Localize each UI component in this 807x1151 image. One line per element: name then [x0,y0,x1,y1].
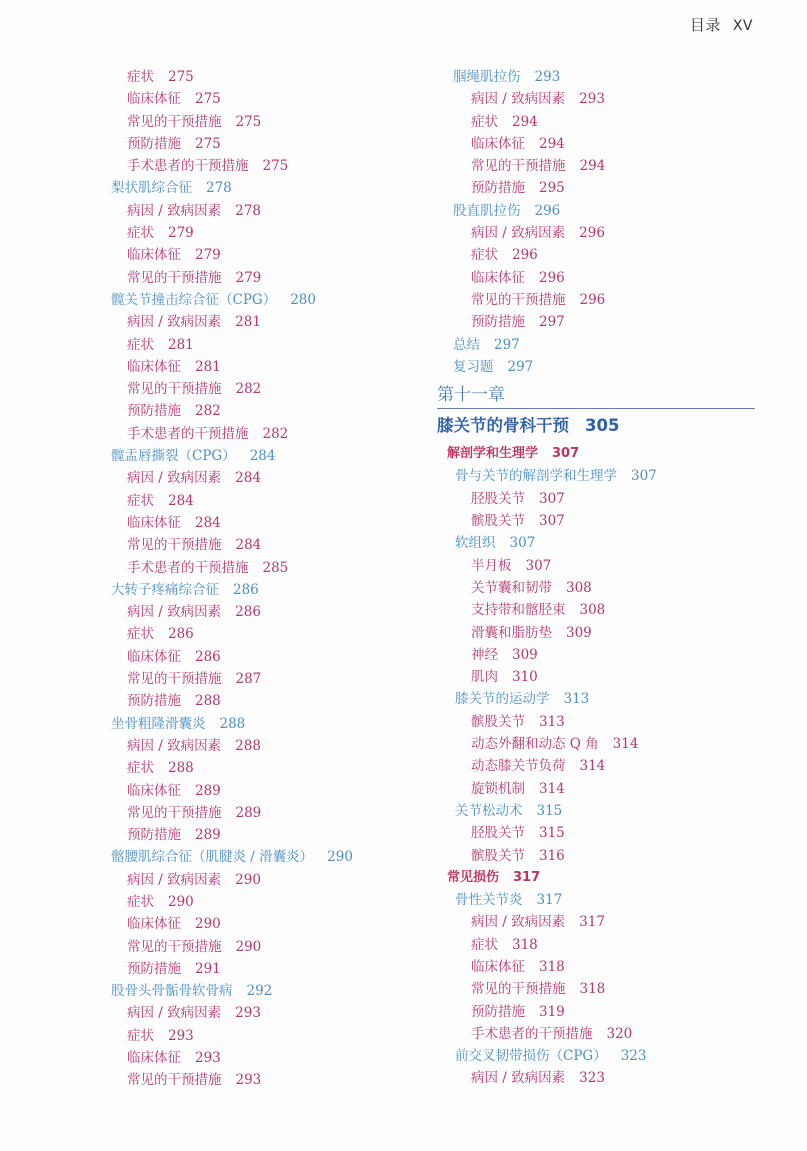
toc-subtopic[interactable]: 病因 / 致病因素323 [437,1067,755,1089]
toc-entry-page: 293 [168,1028,194,1044]
toc-entry-text: 髋盂唇撕裂（CPG） [111,448,236,464]
toc-subtopic[interactable]: 临床体征294 [437,133,755,155]
toc-left-column: 症状275临床体征275常见的干预措施275预防措施275手术患者的干预措施27… [111,66,431,1092]
toc-entry-text: 临床体征 [127,1050,181,1066]
toc-entry-page: 288 [195,693,221,709]
toc-subtopic[interactable]: 常见的干预措施289 [111,802,431,824]
toc-entry-page: 281 [168,337,194,353]
toc-subtopic[interactable]: 髌股关节316 [437,845,755,867]
toc-subtopic[interactable]: 临床体征290 [111,913,431,935]
toc-subtopic[interactable]: 预防措施289 [111,824,431,846]
toc-entry-text: 临床体征 [127,916,181,932]
toc-entry-page: 284 [236,537,262,553]
toc-entry-page: 317 [579,914,605,930]
toc-subtopic[interactable]: 症状275 [111,66,431,88]
toc-entry-page: 291 [195,961,221,977]
toc-entry-page: 314 [580,758,606,774]
toc-entry-text: 股骨头骨骺骨软骨病 [111,983,233,999]
toc-entry-text: 病因 / 致病因素 [127,314,221,330]
toc-entry-page: 290 [327,849,353,865]
toc-entry-text: 症状 [127,1028,154,1044]
toc-entry-page: 275 [236,114,262,130]
toc-subtopic[interactable]: 症状318 [437,934,755,956]
toc-entry-text: 病因 / 致病因素 [471,914,565,930]
toc-subtopic[interactable]: 症状294 [437,111,755,133]
toc-entry-text: 关节松动术 [455,803,523,819]
toc-entry-page: 296 [579,225,605,241]
chapter-title-text: 膝关节的骨科干预 [437,416,569,435]
toc-entry-text: 预防措施 [127,961,181,977]
toc-entry-page: 284 [235,470,261,486]
toc-subtopic[interactable]: 手术患者的干预措施320 [437,1023,755,1045]
toc-subtopic[interactable]: 预防措施291 [111,958,431,980]
toc-entry-text: 髌股关节 [471,513,525,529]
toc-entry-page: 290 [195,916,221,932]
toc-entry-page: 318 [580,981,606,997]
toc-entry-page: 319 [539,1004,565,1020]
toc-entry-page: 286 [195,649,221,665]
toc-subtopic[interactable]: 病因 / 致病因素278 [111,200,431,222]
toc-entry-page: 290 [235,872,261,888]
toc-subtopic[interactable]: 常见的干预措施284 [111,534,431,556]
toc-entry-text: 坐骨粗隆滑囊炎 [111,716,206,732]
toc-entry-text: 病因 / 致病因素 [127,604,221,620]
toc-entry-page: 278 [235,203,261,219]
toc-entry-page: 289 [236,805,262,821]
toc-entry-text: 梨状肌综合征 [111,180,192,196]
toc-entry-text: 症状 [471,937,498,953]
toc-subtopic[interactable]: 动态膝关节负荷314 [437,755,755,777]
toc-entry-text: 症状 [127,760,154,776]
toc-entry-page: 287 [236,671,262,687]
toc-subtopic[interactable]: 常见的干预措施279 [111,267,431,289]
toc-entry-text: 病因 / 致病因素 [127,203,221,219]
toc-section[interactable]: 常见损伤317 [437,867,755,889]
toc-entry-text: 症状 [471,247,498,263]
toc-subtopic[interactable]: 病因 / 致病因素281 [111,311,431,333]
toc-entry-page: 294 [539,136,565,152]
toc-subtopic[interactable]: 髌股关节307 [437,510,755,532]
toc-entry-page: 297 [508,359,534,375]
toc-entry-text: 临床体征 [127,515,181,531]
toc-subtopic[interactable]: 手术患者的干预措施285 [111,557,431,579]
toc-entry-page: 296 [535,203,561,219]
toc-topic[interactable]: 膝关节的运动学313 [437,688,755,710]
toc-entry-page: 289 [195,827,221,843]
toc-entry-page: 314 [613,736,639,752]
toc-entry-text: 髂腰肌综合征（肌腱炎 / 滑囊炎） [111,849,313,865]
toc-entry-text: 临床体征 [471,959,525,975]
toc-entry-text: 预防措施 [471,1004,525,1020]
toc-subtopic[interactable]: 常见的干预措施290 [111,936,431,958]
toc-entry-page: 308 [566,580,592,596]
toc-entry-text: 动态外翻和动态 Q 角 [471,736,599,752]
toc-entry-text: 总结 [453,337,480,353]
toc-entry-text: 髌股关节 [471,714,525,730]
toc-entry-page: 317 [537,892,563,908]
toc-entry-page: 281 [235,314,261,330]
toc-entry-text: 病因 / 致病因素 [471,1070,565,1086]
toc-entry-text: 病因 / 致病因素 [471,225,565,241]
toc-topic[interactable]: 软组织307 [437,532,755,554]
toc-subtopic[interactable]: 症状284 [111,490,431,512]
toc-entry-text: 预防措施 [471,180,525,196]
toc-subtopic[interactable]: 预防措施275 [111,133,431,155]
toc-entry-text: 症状 [127,626,154,642]
toc-entry-text: 手术患者的干预措施 [471,1026,593,1042]
toc-subtopic[interactable]: 临床体征275 [111,88,431,110]
toc-subtopic[interactable]: 症状290 [111,891,431,913]
chapter-page: 305 [585,416,619,435]
toc-entry-text: 预防措施 [471,314,525,330]
toc-topic[interactable]: 髂腰肌综合征（肌腱炎 / 滑囊炎）290 [111,846,431,868]
toc-entry-page: 284 [195,515,221,531]
toc-entry-page: 294 [580,158,606,174]
toc-entry-text: 膝关节的运动学 [455,691,550,707]
toc-entry-text: 软组织 [455,535,496,551]
toc-entry-page: 317 [513,870,540,885]
toc-topic[interactable]: 总结297 [437,334,755,356]
toc-entry-page: 307 [539,491,565,507]
toc-subtopic[interactable]: 常见的干预措施318 [437,978,755,1000]
toc-subtopic[interactable]: 临床体征286 [111,646,431,668]
toc-entry-text: 病因 / 致病因素 [127,470,221,486]
toc-entry-text: 髋关节撞击综合征（CPG） [111,292,276,308]
toc-subtopic[interactable]: 临床体征293 [111,1047,431,1069]
toc-subtopic[interactable]: 临床体征279 [111,244,431,266]
toc-entry-page: 285 [263,560,289,576]
toc-entry-text: 支持带和髂胫束 [471,602,566,618]
toc-entry-text: 临床体征 [127,91,181,107]
toc-entry-text: 腘绳肌拉伤 [453,69,521,85]
toc-subtopic[interactable]: 常见的干预措施296 [437,289,755,311]
toc-entry-page: 309 [566,625,592,641]
toc-entry-page: 309 [512,647,538,663]
toc-entry-text: 旋锁机制 [471,781,525,797]
page-header: 目录XV [690,14,753,35]
toc-entry-text: 股直肌拉伤 [453,203,521,219]
toc-entry-page: 286 [233,582,259,598]
toc-entry-text: 关节囊和韧带 [471,580,552,596]
toc-entry-text: 预防措施 [127,136,181,152]
toc-entry-page: 288 [168,760,194,776]
toc-subtopic[interactable]: 临床体征296 [437,267,755,289]
toc-entry-page: 315 [539,825,565,841]
toc-entry-page: 307 [510,535,536,551]
toc-entry-page: 284 [250,448,276,464]
toc-entry-page: 275 [263,158,289,174]
toc-subtopic[interactable]: 预防措施295 [437,177,755,199]
toc-entry-page: 296 [580,292,606,308]
toc-subtopic[interactable]: 关节囊和韧带308 [437,577,755,599]
toc-entry-page: 310 [512,669,538,685]
toc-subtopic[interactable]: 滑囊和脂肪垫309 [437,622,755,644]
toc-subtopic[interactable]: 常见的干预措施275 [111,111,431,133]
toc-entry-text: 前交叉韧带损伤（CPG） [455,1048,607,1064]
toc-right-column: 腘绳肌拉伤293病因 / 致病因素293症状294临床体征294常见的干预措施2… [437,66,755,1090]
page-number: XV [733,18,753,34]
toc-entry-page: 294 [512,114,538,130]
toc-entry-text: 常见的干预措施 [127,114,222,130]
toc-entry-text: 常见的干预措施 [127,1072,222,1088]
toc-entry-page: 307 [526,558,552,574]
toc-entry-page: 290 [236,939,262,955]
toc-entry-text: 胫股关节 [471,491,525,507]
toc-entry-text: 临床体征 [127,649,181,665]
toc-entry-text: 动态膝关节负荷 [471,758,566,774]
toc-entry-page: 323 [621,1048,647,1064]
toc-subtopic[interactable]: 半月板307 [437,555,755,577]
toc-entry-page: 314 [539,781,565,797]
toc-subtopic[interactable]: 常见的干预措施282 [111,378,431,400]
toc-entry-text: 临床体征 [471,136,525,152]
toc-entry-text: 半月板 [471,558,512,574]
toc-entry-page: 318 [539,959,565,975]
toc-entry-page: 278 [206,180,232,196]
toc-entry-page: 286 [235,604,261,620]
toc-subtopic[interactable]: 预防措施282 [111,400,431,422]
toc-subtopic[interactable]: 常见的干预措施294 [437,155,755,177]
toc-entry-page: 288 [220,716,246,732]
toc-subtopic[interactable]: 症状293 [111,1025,431,1047]
toc-entry-text: 预防措施 [127,827,181,843]
toc-subtopic[interactable]: 病因 / 致病因素284 [111,467,431,489]
toc-topic[interactable]: 腘绳肌拉伤293 [437,66,755,88]
toc-subtopic[interactable]: 支持带和髂胫束308 [437,599,755,621]
toc-subtopic[interactable]: 常见的干预措施293 [111,1069,431,1091]
toc-subtopic[interactable]: 髌股关节313 [437,711,755,733]
toc-section[interactable]: 解剖学和生理学307 [437,443,755,465]
toc-subtopic[interactable]: 手术患者的干预措施282 [111,423,431,445]
toc-entry-text: 症状 [127,225,154,241]
toc-entry-page: 282 [195,403,221,419]
toc-entry-page: 307 [539,513,565,529]
toc-entry-page: 279 [168,225,194,241]
toc-entry-text: 手术患者的干预措施 [127,560,249,576]
toc-topic[interactable]: 髋关节撞击综合征（CPG）280 [111,289,431,311]
toc-entry-page: 313 [564,691,590,707]
toc-entry-page: 286 [168,626,194,642]
toc-entry-page: 315 [537,803,563,819]
toc-entry-page: 320 [607,1026,633,1042]
toc-topic[interactable]: 骨性关节炎317 [437,889,755,911]
toc-entry-text: 骨与关节的解剖学和生理学 [455,468,617,484]
toc-entry-page: 288 [235,738,261,754]
toc-subtopic[interactable]: 预防措施319 [437,1001,755,1023]
toc-entry-text: 手术患者的干预措施 [127,158,249,174]
toc-entry-page: 297 [494,337,520,353]
header-title: 目录 [690,16,721,34]
toc-entry-text: 常见的干预措施 [471,292,566,308]
toc-topic[interactable]: 股直肌拉伤296 [437,200,755,222]
toc-entry-text: 病因 / 致病因素 [127,738,221,754]
toc-subtopic[interactable]: 病因 / 致病因素288 [111,735,431,757]
toc-entry-text: 滑囊和脂肪垫 [471,625,552,641]
toc-subtopic[interactable]: 临床体征281 [111,356,431,378]
toc-subtopic[interactable]: 病因 / 致病因素317 [437,911,755,933]
toc-entry-page: 279 [236,270,262,286]
toc-subtopic[interactable]: 动态外翻和动态 Q 角314 [437,733,755,755]
toc-entry-page: 293 [195,1050,221,1066]
toc-subtopic[interactable]: 手术患者的干预措施275 [111,155,431,177]
toc-entry-text: 手术患者的干预措施 [127,426,249,442]
toc-entry-text: 预防措施 [127,403,181,419]
toc-entry-page: 296 [539,270,565,286]
toc-entry-page: 289 [195,783,221,799]
toc-entry-text: 大转子疼痛综合征 [111,582,219,598]
toc-entry-page: 318 [512,937,538,953]
toc-entry-page: 308 [580,602,606,618]
toc-topic[interactable]: 髋盂唇撕裂（CPG）284 [111,445,431,467]
chapter-title[interactable]: 膝关节的骨科干预305 [437,409,755,443]
toc-subtopic[interactable]: 旋锁机制314 [437,778,755,800]
toc-entry-text: 常见的干预措施 [127,270,222,286]
toc-entry-text: 病因 / 致病因素 [471,91,565,107]
toc-entry-page: 275 [195,91,221,107]
toc-subtopic[interactable]: 肌肉310 [437,666,755,688]
toc-topic[interactable]: 复习题297 [437,356,755,378]
toc-entry-text: 临床体征 [471,270,525,286]
toc-entry-text: 常见的干预措施 [127,671,222,687]
toc-topic[interactable]: 骨与关节的解剖学和生理学307 [437,465,755,487]
toc-subtopic[interactable]: 病因 / 致病因素296 [437,222,755,244]
toc-subtopic[interactable]: 神经309 [437,644,755,666]
toc-subtopic[interactable]: 病因 / 致病因素286 [111,601,431,623]
toc-topic[interactable]: 大转子疼痛综合征286 [111,579,431,601]
toc-entry-page: 290 [168,894,194,910]
toc-subtopic[interactable]: 临床体征289 [111,780,431,802]
toc-entry-page: 296 [512,247,538,263]
toc-subtopic[interactable]: 病因 / 致病因素290 [111,869,431,891]
toc-entry-page: 275 [168,69,194,85]
toc-entry-text: 症状 [127,493,154,509]
toc-subtopic[interactable]: 临床体征318 [437,956,755,978]
toc-entry-page: 280 [290,292,316,308]
toc-subtopic[interactable]: 症状288 [111,757,431,779]
toc-entry-page: 313 [539,714,565,730]
toc-entry-text: 肌肉 [471,669,498,685]
toc-entry-text: 常见的干预措施 [127,805,222,821]
toc-entry-page: 297 [539,314,565,330]
toc-entry-text: 症状 [127,894,154,910]
toc-subtopic[interactable]: 症状296 [437,244,755,266]
toc-entry-page: 323 [579,1070,605,1086]
toc-entry-text: 预防措施 [127,693,181,709]
toc-entry-text: 常见的干预措施 [471,981,566,997]
toc-subtopic[interactable]: 症状279 [111,222,431,244]
toc-entry-page: 293 [235,1005,261,1021]
toc-subtopic[interactable]: 病因 / 致病因素293 [111,1002,431,1024]
toc-subtopic[interactable]: 症状286 [111,623,431,645]
toc-topic[interactable]: 关节松动术315 [437,800,755,822]
toc-entry-text: 复习题 [453,359,494,375]
toc-entry-page: 316 [539,848,565,864]
toc-entry-text: 神经 [471,647,498,663]
toc-entry-page: 275 [195,136,221,152]
toc-entry-page: 282 [263,426,289,442]
toc-entry-page: 292 [247,983,273,999]
toc-entry-text: 症状 [127,337,154,353]
toc-subtopic[interactable]: 胫股关节315 [437,822,755,844]
toc-entry-page: 293 [535,69,561,85]
toc-topic[interactable]: 前交叉韧带损伤（CPG）323 [437,1045,755,1067]
toc-entry-page: 279 [195,247,221,263]
toc-topic[interactable]: 坐骨粗隆滑囊炎288 [111,713,431,735]
toc-entry-text: 髌股关节 [471,848,525,864]
toc-subtopic[interactable]: 临床体征284 [111,512,431,534]
toc-entry-text: 临床体征 [127,783,181,799]
toc-entry-text: 常见的干预措施 [127,939,222,955]
toc-entry-text: 胫股关节 [471,825,525,841]
toc-subtopic[interactable]: 症状281 [111,334,431,356]
toc-entry-page: 307 [631,468,657,484]
chapter-label: 第十一章 [437,382,755,409]
toc-subtopic[interactable]: 病因 / 致病因素293 [437,88,755,110]
toc-entry-text: 临床体征 [127,247,181,263]
toc-entry-text: 解剖学和生理学 [447,446,538,461]
toc-entry-page: 284 [168,493,194,509]
toc-entry-page: 282 [236,381,262,397]
toc-entry-text: 常见的干预措施 [127,537,222,553]
toc-subtopic[interactable]: 胫股关节307 [437,488,755,510]
toc-entry-page: 293 [236,1072,262,1088]
toc-entry-text: 临床体征 [127,359,181,375]
toc-entry-text: 症状 [471,114,498,130]
toc-entry-text: 骨性关节炎 [455,892,523,908]
toc-entry-page: 281 [195,359,221,375]
toc-subtopic[interactable]: 预防措施297 [437,311,755,333]
toc-entry-page: 307 [552,446,579,461]
toc-topic[interactable]: 梨状肌综合征278 [111,177,431,199]
toc-entry-page: 295 [539,180,565,196]
toc-entry-page: 293 [579,91,605,107]
toc-entry-text: 常见损伤 [447,870,499,885]
toc-entry-text: 病因 / 致病因素 [127,872,221,888]
toc-topic[interactable]: 股骨头骨骺骨软骨病292 [111,980,431,1002]
toc-entry-text: 症状 [127,69,154,85]
toc-entry-text: 常见的干预措施 [127,381,222,397]
toc-subtopic[interactable]: 常见的干预措施287 [111,668,431,690]
toc-entry-text: 病因 / 致病因素 [127,1005,221,1021]
toc-subtopic[interactable]: 预防措施288 [111,690,431,712]
toc-entry-text: 常见的干预措施 [471,158,566,174]
